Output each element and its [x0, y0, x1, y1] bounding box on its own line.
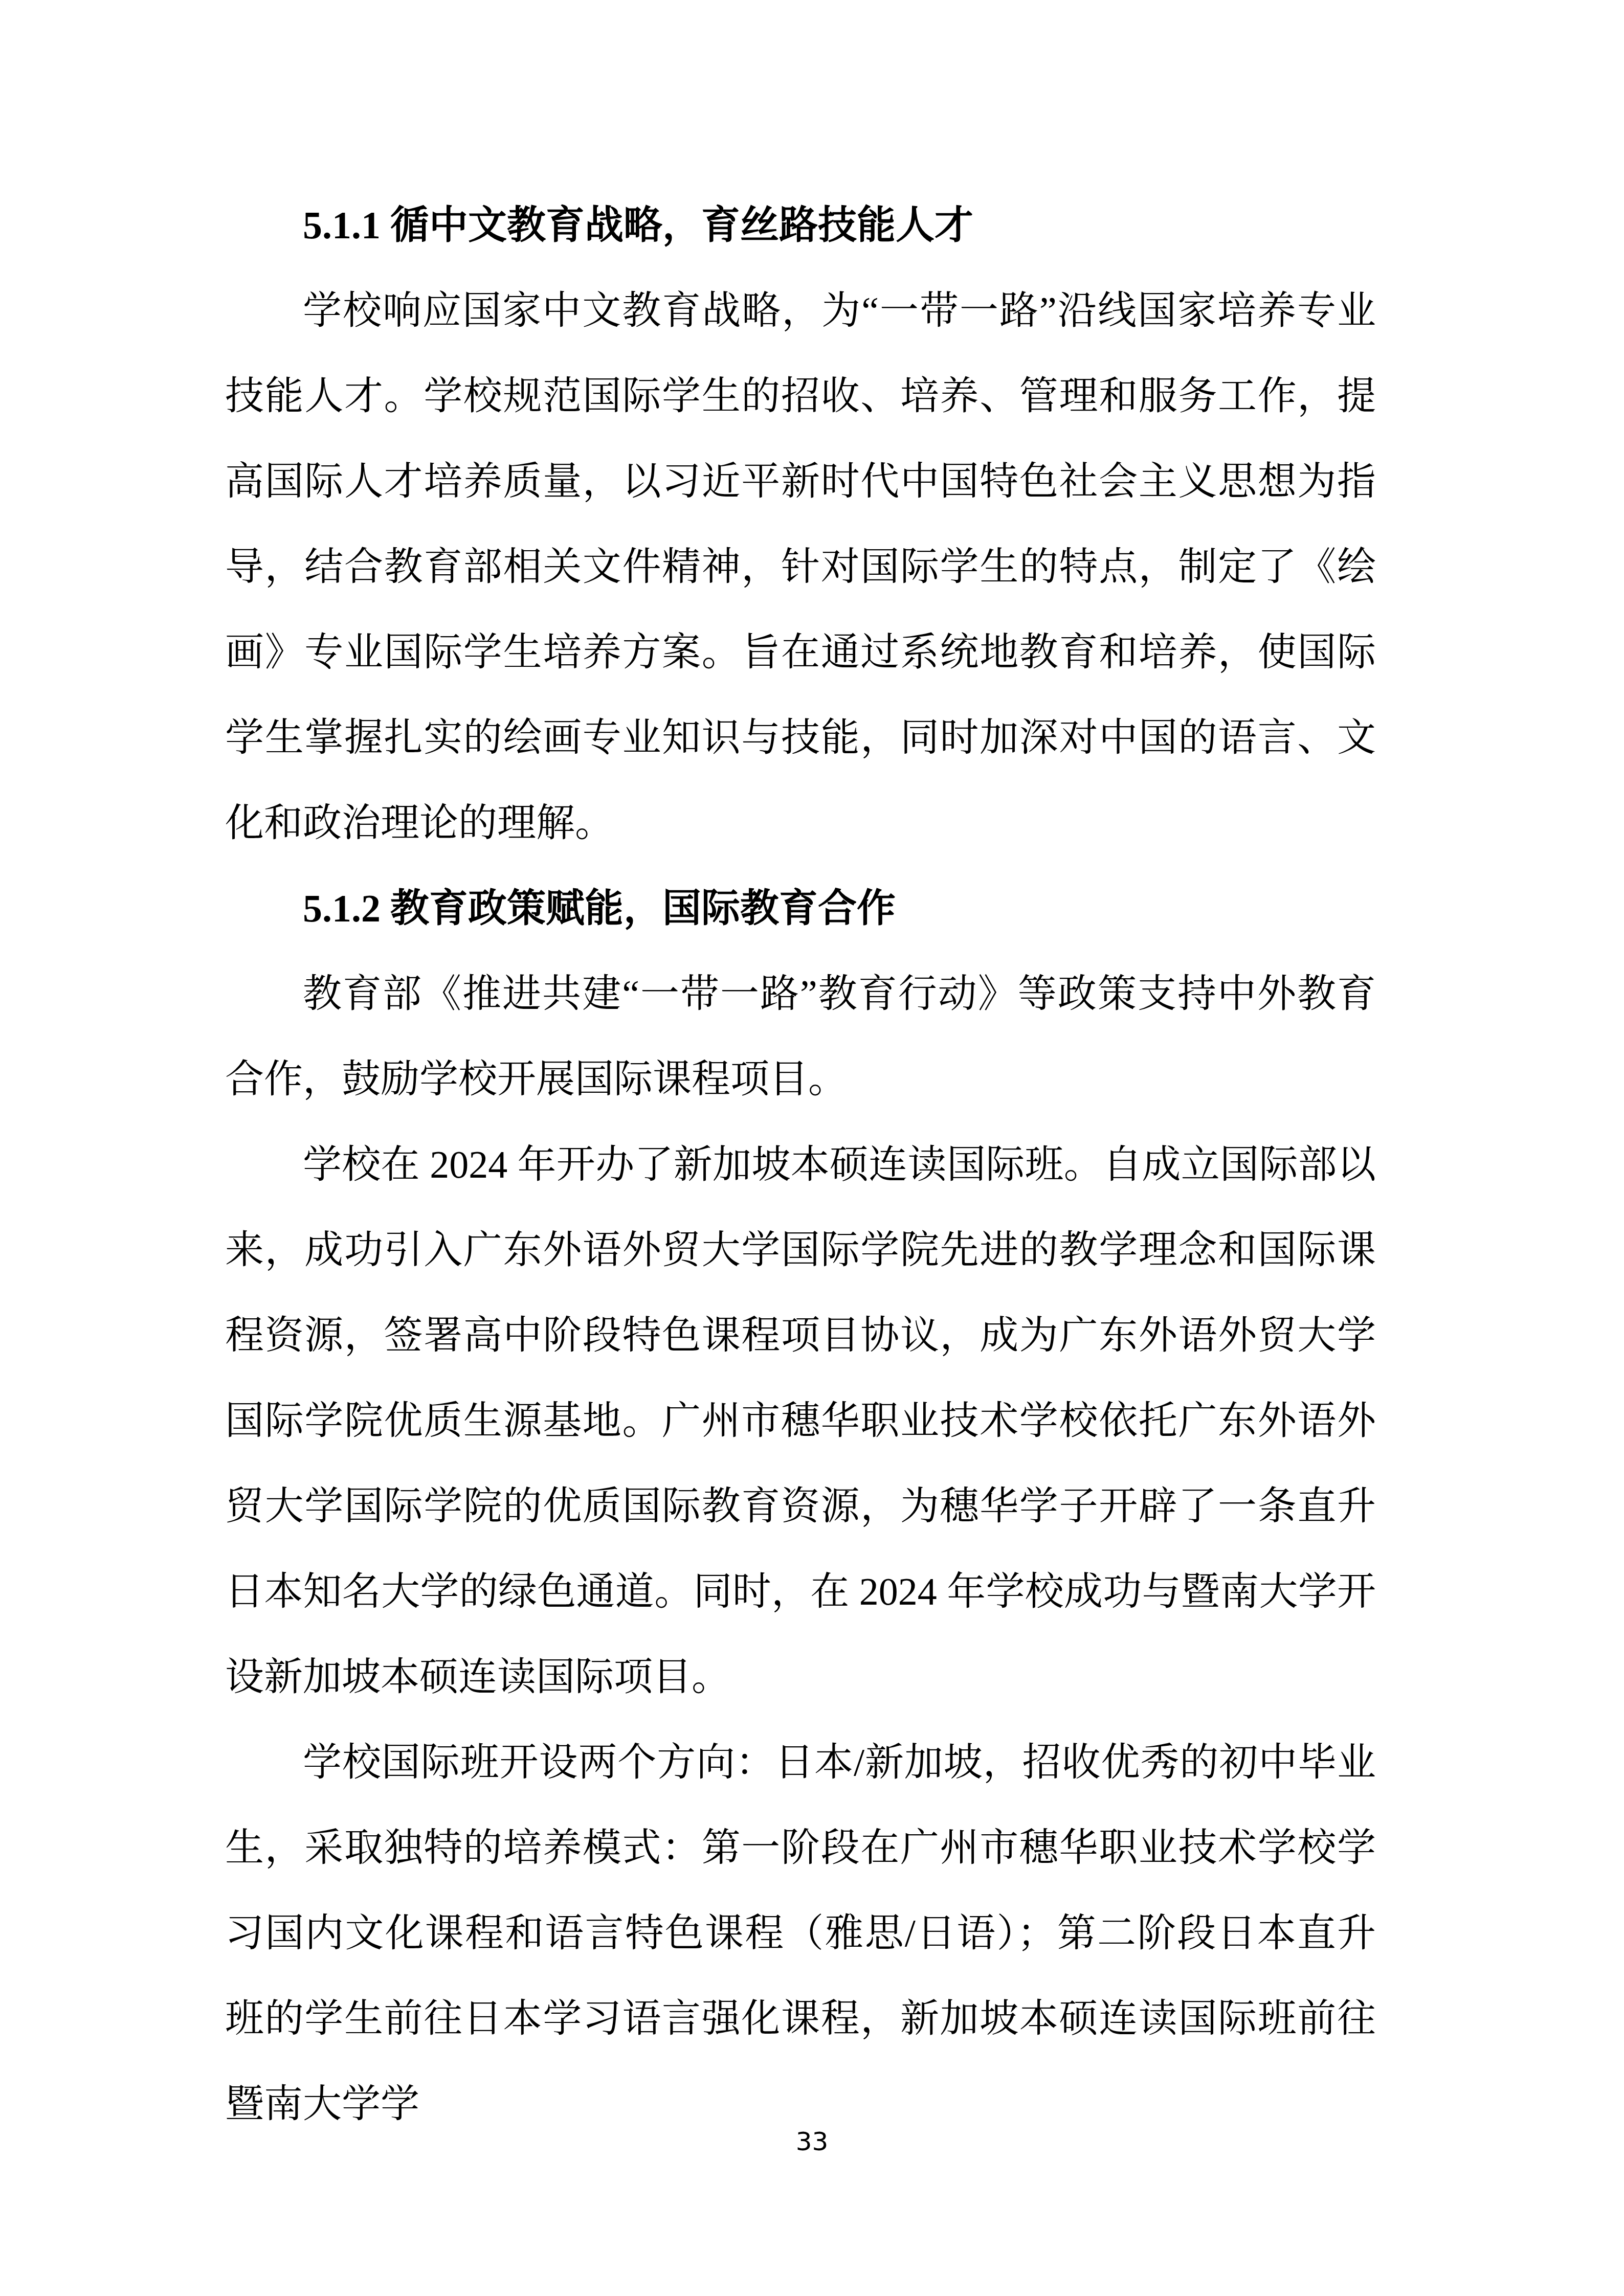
- paragraph-policy-support: 教育部《推进共建“一带一路”教育行动》等政策支持中外教育合作，鼓励学校开展国际课…: [225, 952, 1376, 1122]
- paragraph-chinese-education-strategy: 学校响应国家中文教育战略，为“一带一路”沿线国家培养专业技能人才。学校规范国际学…: [225, 268, 1376, 866]
- section-heading-5-1-1: 5.1.1 循中文教育战略，育丝路技能人才: [225, 183, 1376, 268]
- page-content: 5.1.1 循中文教育战略，育丝路技能人才 学校响应国家中文教育战略，为“一带一…: [225, 183, 1376, 2147]
- paragraph-international-class-directions: 学校国际班开设两个方向：日本/新加坡，招收优秀的初中毕业生，采取独特的培养模式：…: [225, 1720, 1376, 2147]
- page-number: 33: [0, 2121, 1624, 2162]
- document-page: { "document": { "background_color": "#ff…: [0, 0, 1624, 2296]
- page-background: 5.1.1 循中文教育战略，育丝路技能人才 学校响应国家中文教育战略，为“一带一…: [0, 0, 1624, 2296]
- paragraph-international-program-2024: 学校在 2024 年开办了新加坡本硕连读国际班。自成立国际部以来，成功引入广东外…: [225, 1122, 1376, 1720]
- section-heading-5-1-2: 5.1.2 教育政策赋能，国际教育合作: [225, 866, 1376, 952]
